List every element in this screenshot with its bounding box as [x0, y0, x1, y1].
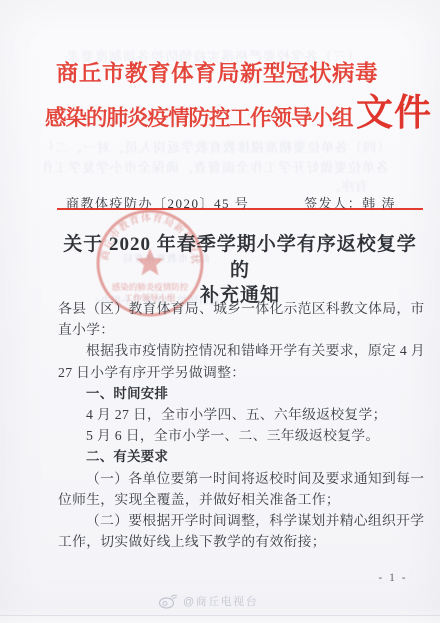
photo-bottom-edge [0, 615, 440, 616]
body-section-heading: 二、有关要求 [58, 446, 420, 467]
body-section-heading: 一、时间安排 [58, 383, 420, 404]
letterhead-line1: 商丘市教育体育局新型冠状病毒 [56, 56, 378, 88]
document-photo: （三）各学校要严格落实疫情防控各项制度要求 （四）各单位要精准摸排教育教学返岗人… [0, 0, 440, 623]
body-line: （一）各单位要第一时间将返校时间及要求通知到每一 [58, 468, 420, 489]
body-line: 直小学： [58, 319, 420, 340]
body-line: 根据我市疫情防控情况和错峰开学有关要求，原定 4 月 [58, 340, 420, 361]
bleedthrough-line: （四）各单位要精准摸排教育教学返岗人员，对一、二年级 [50, 137, 390, 156]
body-line: 位师生，实现全覆盖，并做好相关准备工作； [58, 489, 420, 510]
document-body: 各县（区）教育体育局、城乡一体化示范区科教文体局，市 直小学： 根据我市疫情防控… [58, 298, 420, 552]
letterhead-line2: 感染的肺炎疫情防控工作领导小组 [45, 101, 353, 132]
watermark-text: @商丘电视台 [183, 593, 258, 609]
weibo-eye-icon [158, 593, 178, 609]
body-line: 工作，切实做好线上线下教学的有效衔接； [58, 531, 420, 552]
page-number: - 1 - [370, 572, 416, 584]
body-line: （二）要根据开学时间调整，科学谋划并精心组织开学 [58, 510, 420, 531]
body-line: 27 日小学有序开学另做调整： [58, 362, 420, 383]
body-line: 5 月 6 日，全市小学一、二、三年级返校复学。 [58, 425, 420, 446]
body-line: 4 月 27 日，全市小学四、五、六年级返校复学； [58, 404, 420, 425]
body-line: 各县（区）教育体育局、城乡一体化示范区科教文体局，市 [58, 298, 420, 319]
bleedthrough-line: 各单位要做好开学工作全面督查，确保全市小学复学工作平稳 [44, 157, 389, 176]
watermark: @商丘电视台 [158, 593, 258, 609]
letterhead-doc-type-label: 文件 [356, 82, 432, 136]
title-line1: 关于 2020 年春季学期小学有序返校复学的 [58, 232, 422, 283]
